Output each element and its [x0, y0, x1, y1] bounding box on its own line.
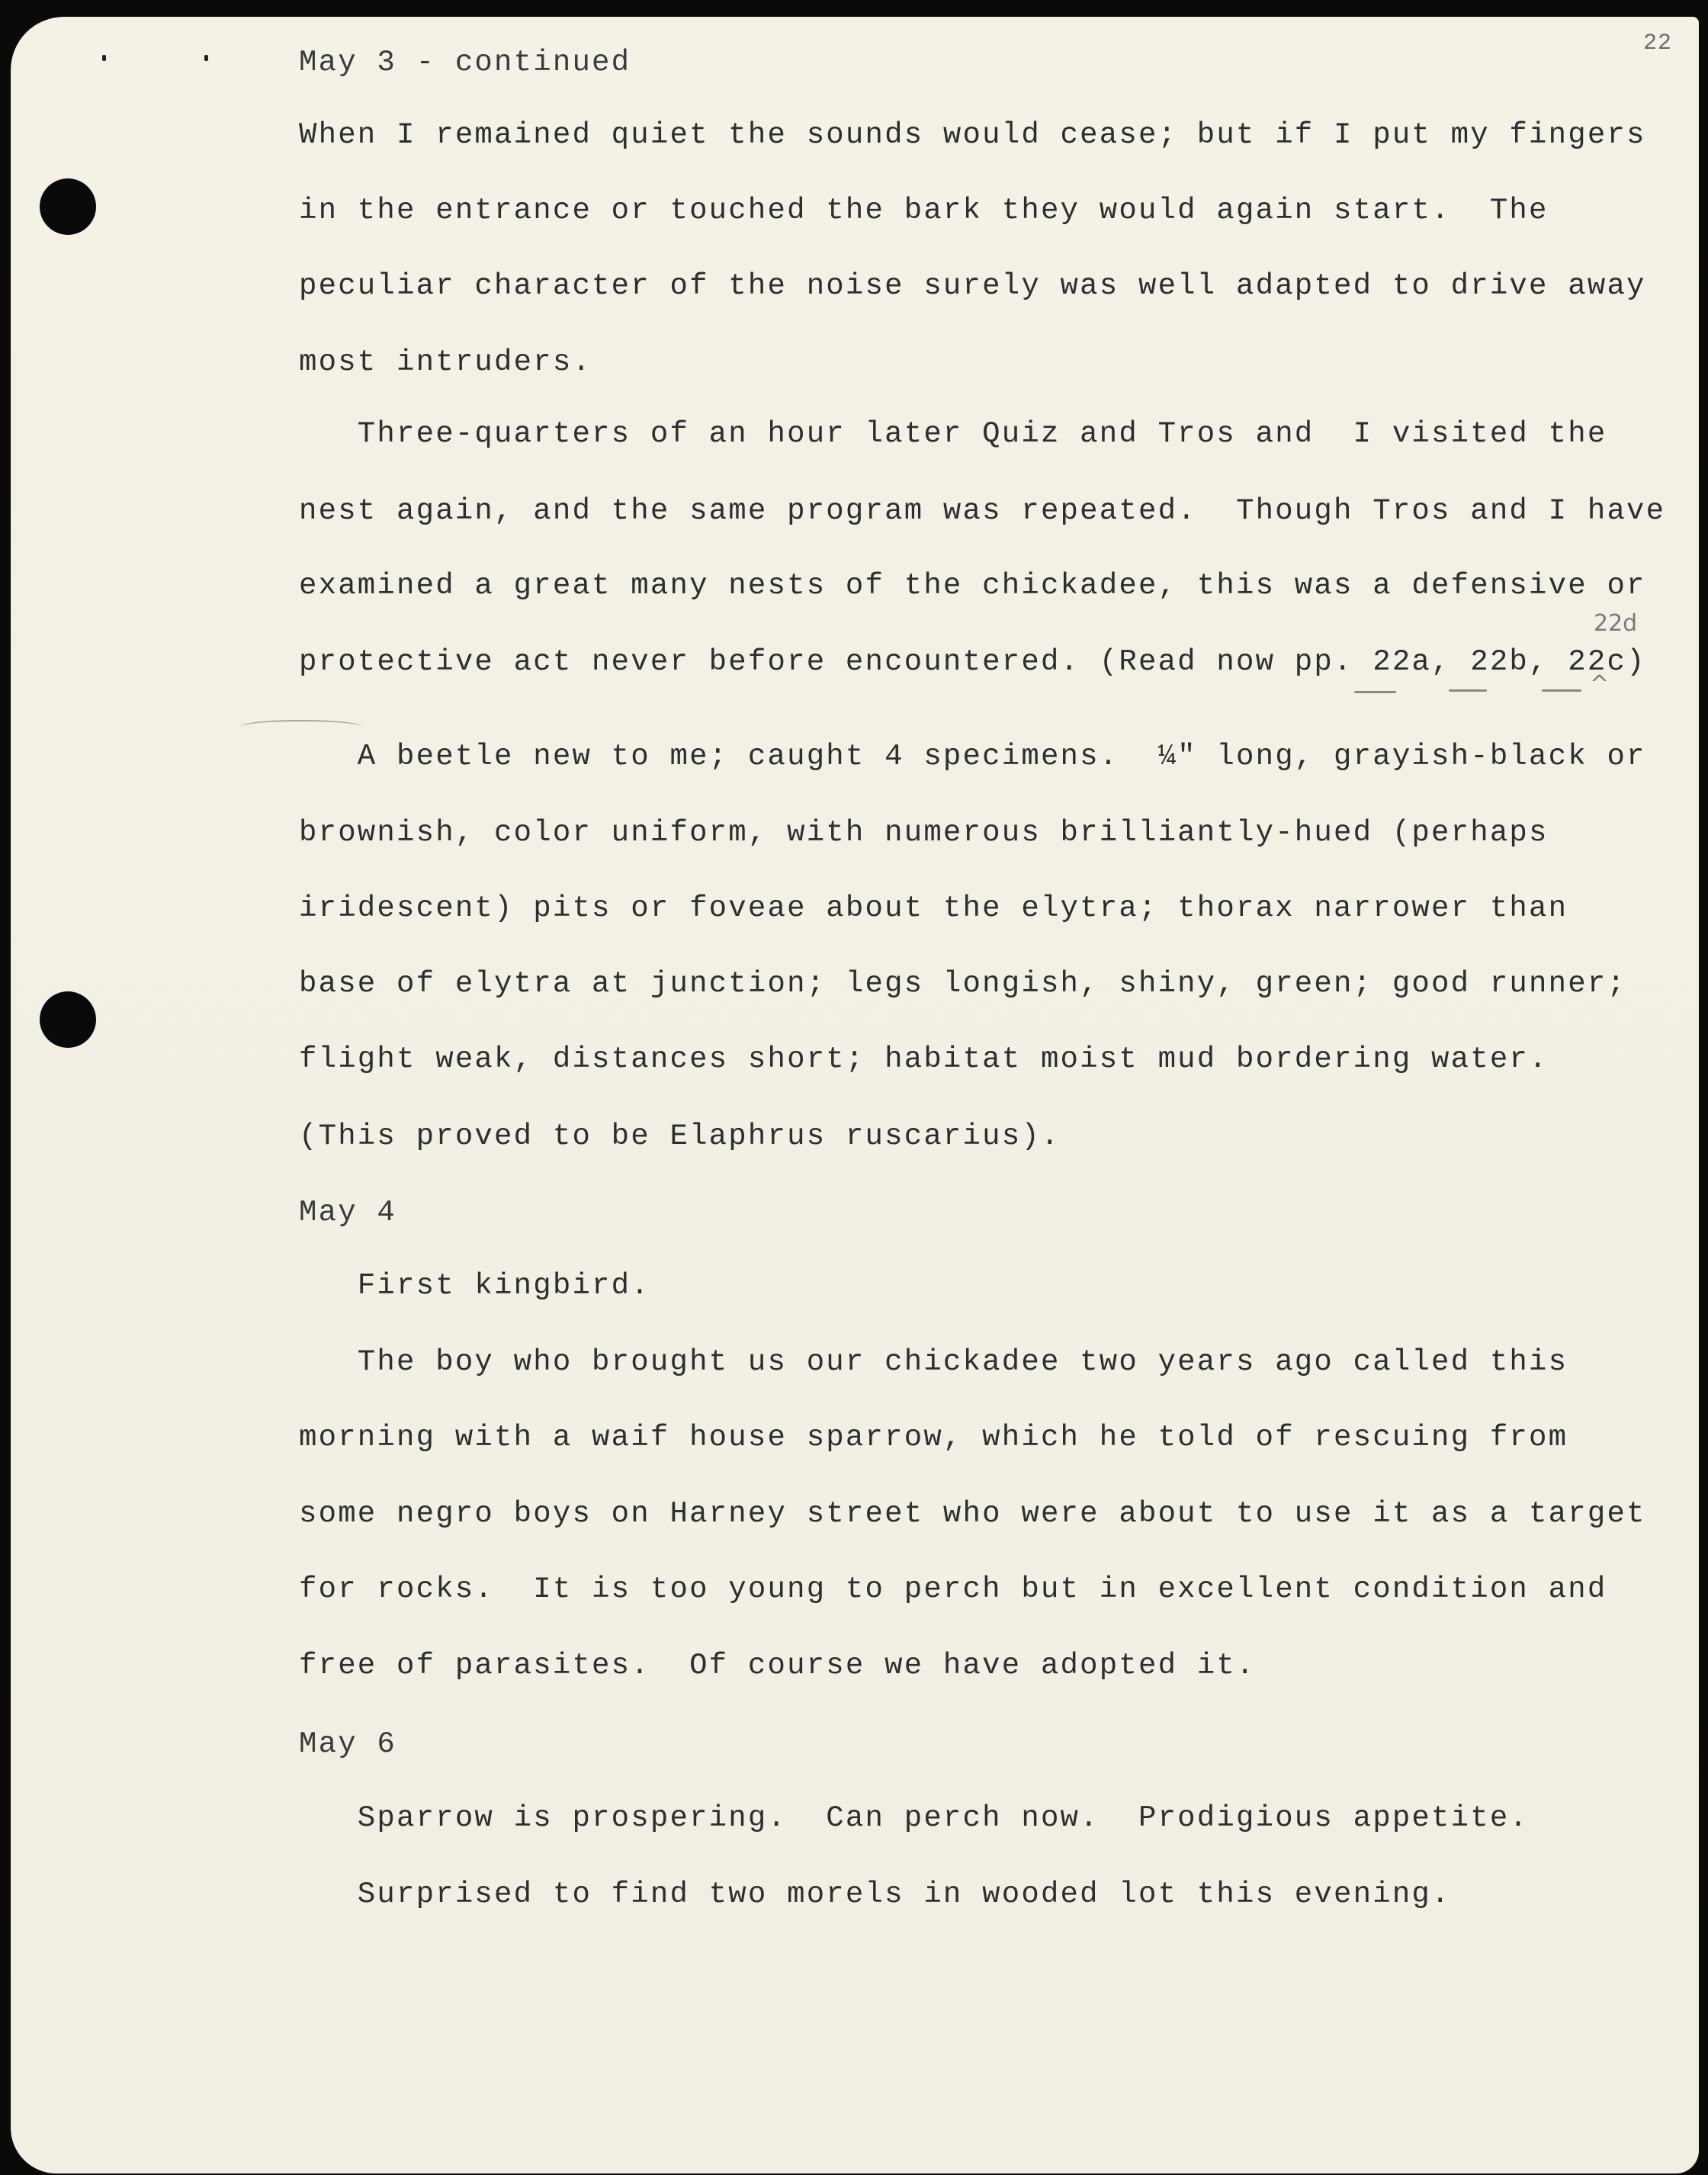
- text-line: some negro boys on Harney street who wer…: [299, 1497, 1646, 1531]
- underline-22a: [1354, 691, 1396, 693]
- text-line: for rocks. It is too young to perch but …: [299, 1573, 1607, 1606]
- text-line: First kingbird.: [299, 1269, 650, 1303]
- text-line: examined a great many nests of the chick…: [299, 569, 1646, 602]
- underline-22c: [1542, 689, 1581, 692]
- text-line: morning with a waif house sparrow, which…: [299, 1421, 1568, 1454]
- text-line: Surprised to find two morels in wooded l…: [299, 1878, 1451, 1911]
- handwritten-annotation: 22d: [1594, 610, 1637, 637]
- text-line: When I remained quiet the sounds would c…: [299, 118, 1646, 152]
- entry-heading-may-6: May 6: [299, 1727, 396, 1761]
- text-line: (This proved to be Elaphrus ruscarius).: [299, 1120, 1061, 1153]
- text-line: nest again, and the same program was rep…: [299, 494, 1665, 528]
- speck: [102, 55, 106, 61]
- text-line: Sparrow is prospering. Can perch now. Pr…: [299, 1801, 1529, 1835]
- text-line: most intruders.: [299, 345, 592, 379]
- entry-heading-may-4: May 4: [299, 1196, 396, 1229]
- text-line: flight weak, distances short; habitat mo…: [299, 1043, 1549, 1076]
- text-line: base of elytra at junction; legs longish…: [299, 967, 1626, 1001]
- pencil-mark: [240, 720, 362, 734]
- text-line: iridescent) pits or foveae about the ely…: [299, 892, 1568, 925]
- text-line: in the entrance or touched the bark they…: [299, 194, 1549, 227]
- text-line: brownish, color uniform, with numerous b…: [299, 816, 1549, 850]
- punch-hole-top: [40, 178, 96, 235]
- punch-hole-bottom: [40, 991, 96, 1048]
- insert-caret: ^: [1590, 671, 1609, 698]
- entry-heading-may-3: May 3 - continued: [299, 46, 631, 79]
- text-line: The boy who brought us our chickadee two…: [299, 1345, 1568, 1379]
- speck: [204, 55, 208, 61]
- text-line: A beetle new to me; caught 4 specimens. …: [299, 740, 1646, 773]
- text-line: protective act never before encountered.…: [299, 645, 1646, 679]
- text-line: Three-quarters of an hour later Quiz and…: [299, 417, 1607, 451]
- text-line: free of parasites. Of course we have ado…: [299, 1649, 1256, 1682]
- text-line: peculiar character of the noise surely w…: [299, 269, 1646, 303]
- underline-22b: [1449, 689, 1487, 692]
- document-page: [11, 17, 1699, 2173]
- page-number: 22: [1643, 31, 1672, 56]
